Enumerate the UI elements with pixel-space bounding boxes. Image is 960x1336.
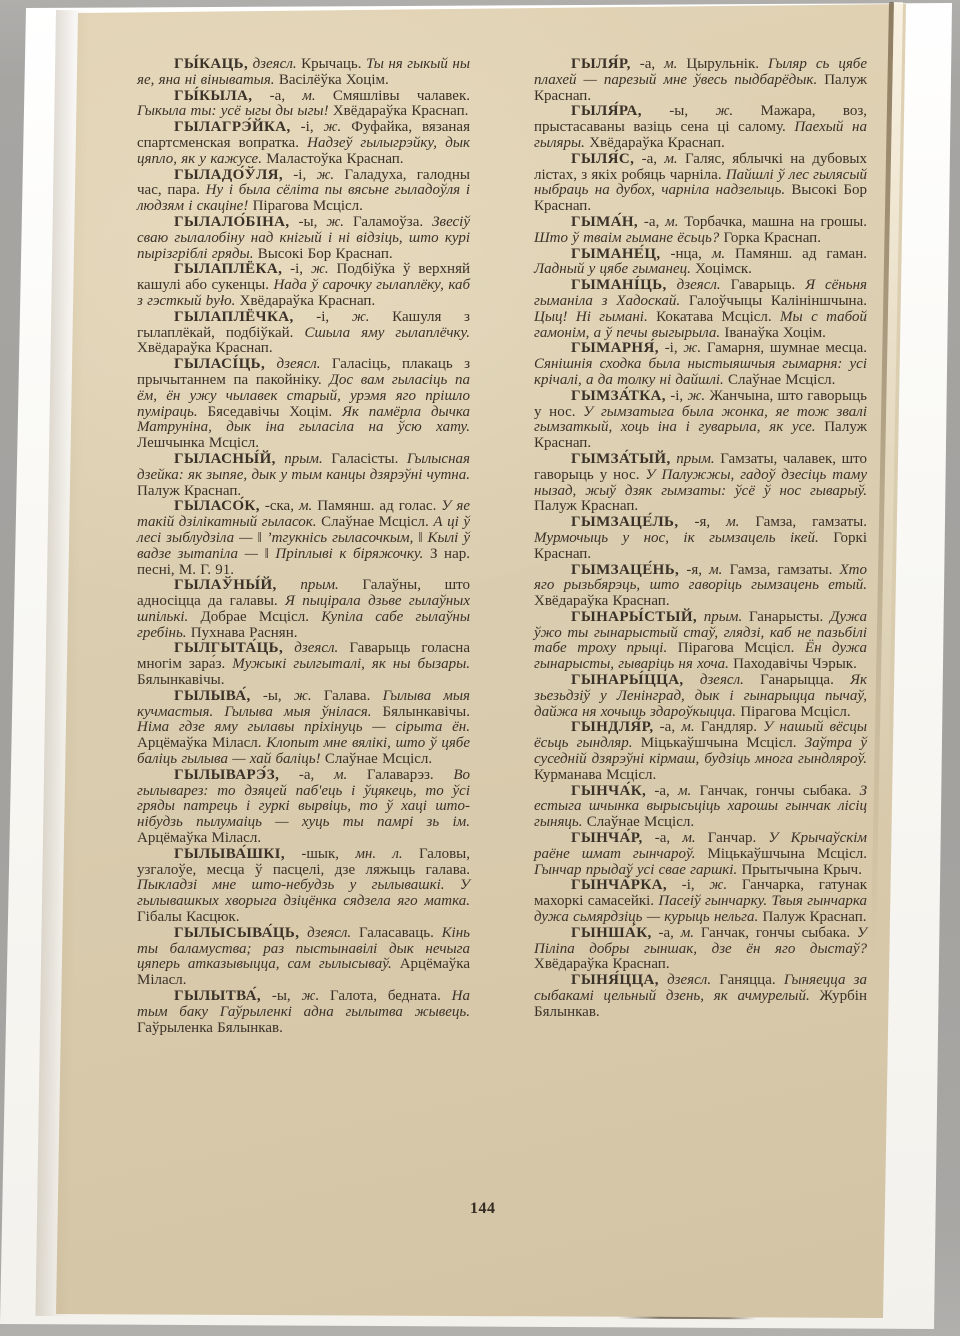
headword: ГЫ́КЫЛА, bbox=[174, 88, 252, 104]
headword: ГЫЛЫТВА́, bbox=[174, 988, 261, 1004]
definition-text: -а, bbox=[652, 925, 681, 941]
example-or-label-text: Пыкладзі мне што-небудзь у гылывашкі. У … bbox=[137, 877, 470, 909]
headword: ГЫЛГЫТА́ЦЬ, bbox=[174, 640, 283, 656]
example-or-label-text: м. bbox=[665, 214, 678, 230]
definition-text: Галасаваць. bbox=[351, 925, 441, 941]
example-or-label-text: ж. bbox=[302, 988, 320, 1004]
definition-text: -і, bbox=[666, 388, 688, 404]
example-or-label-text: м. bbox=[726, 514, 739, 530]
definition-text: Прытычына Крыч. bbox=[741, 862, 861, 878]
definition-text: Ганарыцца. bbox=[744, 672, 850, 688]
headword: ГЫЛЫВА́, bbox=[174, 688, 251, 704]
definition-text: Хвёдараўка Краснап. bbox=[534, 956, 670, 972]
definition-text: Пухнава Раснян. bbox=[191, 625, 298, 641]
dictionary-entry: ГЫЛЯ́РА, -ы, ж. Мажара, воз, прыстасаван… bbox=[534, 104, 867, 151]
definition-text: Палуж Краснап. bbox=[762, 909, 866, 925]
headword: ГЫЛАГРЭ́ЙКА, bbox=[174, 119, 291, 135]
headword: ГЫНДЛЯ́Р, bbox=[571, 719, 654, 735]
definition-text: Галамоўза. bbox=[344, 214, 432, 230]
headword: ГЫНАРЫ́СТЫЙ, bbox=[571, 609, 697, 625]
scanned-book-page: ГЫ́КАЦЬ, дзеясл. Крычаць. Ты ня гыкый ны… bbox=[0, 0, 960, 1336]
headword: ГЫНЧА́К, bbox=[571, 783, 646, 799]
dictionary-entry: ГЫЛЫВАРЭ́З, -а, м. Галаварэз. Во гылывар… bbox=[137, 768, 470, 847]
headword: ГЫНАРЫ́ЦЦА, bbox=[571, 672, 684, 688]
definition-text: -ы, bbox=[642, 103, 716, 119]
definition-text: Слаўнае Мсцісл. bbox=[325, 751, 432, 767]
definition-text: -і, bbox=[667, 877, 709, 893]
definition-text: Іванаўка Хоцім. bbox=[724, 325, 826, 341]
example-or-label-text: ж. bbox=[352, 309, 370, 325]
definition-text: Кокатава Мсцісл. bbox=[656, 309, 780, 325]
example-or-label-text: ж. bbox=[316, 167, 334, 183]
definition-text: Галоўчыцы Калініншчына. bbox=[689, 293, 867, 309]
definition-text: Ганчак, гончы сыбака. bbox=[691, 783, 859, 799]
headword: ГЫЛАПЛЁЧКА, bbox=[174, 309, 294, 325]
headword: ГЫЛЫВАРЭ́З, bbox=[174, 767, 279, 783]
dictionary-entry: ГЫНЧА́РКА, -і, ж. Ганчарка, гатунак махо… bbox=[534, 878, 867, 925]
dictionary-entry: ГЫМА́Н, -а, м. Торбачка, машна на грошы.… bbox=[534, 215, 867, 247]
definition-text: -і, bbox=[294, 309, 352, 325]
definition-text: Палуж Краснап. bbox=[534, 498, 638, 514]
headword: ГЫМА́Н, bbox=[571, 214, 638, 230]
definition-text: Маластоўка Краснап. bbox=[266, 151, 403, 167]
dictionary-entry: ГЫЛАПЛЁЧКА, -і, ж. Кашуля з гылаплёкай, … bbox=[137, 310, 470, 357]
definition-text: Паходавічы Чэрык. bbox=[733, 656, 857, 672]
definition-text: -і, bbox=[291, 119, 324, 135]
definition-text: -а, bbox=[279, 767, 334, 783]
example-or-label-text: Гыкыла ты: усё ыгы ды ыгы! bbox=[137, 103, 333, 119]
example-or-label-text: м. bbox=[664, 56, 677, 72]
dictionary-entry: ГЫНАРЫ́СТЫЙ, прым. Ганарысты. Дужа ўжо т… bbox=[534, 610, 867, 673]
definition-text: Памянш. ад голас. bbox=[312, 498, 441, 514]
headword: ГЫЛАЎНЫ́Й, bbox=[174, 577, 277, 593]
example-or-label-text: ж. bbox=[715, 103, 733, 119]
headword: ГЫЛЯ́Р, bbox=[571, 56, 631, 72]
example-or-label-text: ж. bbox=[324, 119, 342, 135]
definition-text: Хоцімск. bbox=[695, 261, 752, 277]
example-or-label-text: прым. bbox=[276, 451, 323, 467]
definition-text: -ы, bbox=[261, 988, 301, 1004]
definition-text: Слаўнае Мсцісл. bbox=[587, 814, 694, 830]
definition-text: Хвёдараўка Краснап. bbox=[333, 103, 469, 119]
headword: ГЫМАРНЯ́, bbox=[571, 340, 659, 356]
example-or-label-text: Гынчар прыдаў усі свае гаршкі. bbox=[534, 862, 741, 878]
dictionary-entry: ГЫЛГЫТА́ЦЬ, дзеясл. Гаварыць голасна мно… bbox=[137, 641, 470, 688]
example-or-label-text: ж. bbox=[311, 261, 329, 277]
example-or-label-text: прым. bbox=[277, 577, 339, 593]
example-or-label-text: прым. bbox=[671, 451, 715, 467]
definition-text: Бялынкавічы. bbox=[137, 672, 224, 688]
dictionary-entry: ГЫМЗА́ТЫЙ, прым. Гамзаты, чалавек, што г… bbox=[534, 452, 867, 515]
dictionary-entry: ГЫМАНЕ́Ц, -нца, м. Памянш. ад гаман. Лад… bbox=[534, 247, 867, 279]
example-or-label-text: дзеясл. bbox=[667, 277, 721, 293]
example-or-label-text: дзеясл. bbox=[684, 672, 744, 688]
example-or-label-text: Што ў тваім гымане ёсьць? bbox=[534, 230, 724, 246]
example-or-label-text: Німа гдзе яму гылавы пріхінуць — сірыта … bbox=[137, 719, 470, 735]
headword: ГЫМАНІ́ЦЬ, bbox=[571, 277, 667, 293]
dictionary-entry: ГЫЛЯ́С, -а, м. Галяс, яблычкі на дубовых… bbox=[534, 152, 867, 215]
definition-text: -і, bbox=[283, 167, 316, 183]
dictionary-entry: ГЫЛАСО́К, -ска, м. Памянш. ад голас. У я… bbox=[137, 499, 470, 578]
headword: ГЫЛЫВА́ШКІ, bbox=[174, 846, 285, 862]
definition-text: Арцёмаўка Міласл. bbox=[137, 735, 266, 751]
definition-text: Галота, бедната. bbox=[319, 988, 451, 1004]
definition-text: Памянш. ад гаман. bbox=[725, 246, 867, 262]
example-or-label-text: м. bbox=[709, 562, 722, 578]
definition-text: Смяшлівы чалавек. bbox=[316, 88, 470, 104]
definition-text: Слаўнае Мсцісл. bbox=[321, 514, 433, 530]
definition-text: Хвёдараўка Краснап. bbox=[240, 293, 376, 309]
headword: ГЫЛАПЛЁКА, bbox=[174, 261, 282, 277]
dictionary-entry: ГЫЛЫСЫВА́ЦЬ, дзеясл. Галасаваць. Кінь ты… bbox=[137, 926, 470, 989]
example-or-label-text: дзеясл. bbox=[265, 356, 320, 372]
definition-text: Хвёдараўка Краснап. bbox=[534, 593, 670, 609]
dictionary-entry: ГЫМЗАЦЕ́НЬ, -я, м. Гамза, гамзаты. Хто я… bbox=[534, 563, 867, 610]
definition-text: Ганчак, гончы сыбака. bbox=[694, 925, 857, 941]
definition-text: Торбачка, машна на грошы. bbox=[678, 214, 867, 230]
dictionary-entry: ГЫМЗА́ТКА, -і, ж. Жанчына, што гаворыць … bbox=[534, 389, 867, 452]
dictionary-entry: ГЫЛАГРЭ́ЙКА, -і, ж. Фуфайка, вязаная спа… bbox=[137, 120, 470, 167]
definition-text: -а, bbox=[631, 56, 664, 72]
example-or-label-text: м. bbox=[681, 925, 694, 941]
headword: ГЫЛЯ́РА, bbox=[571, 103, 642, 119]
definition-text: Арцёмаўка Міласл. bbox=[137, 830, 261, 846]
definition-text: Курманава Мсцісл. bbox=[534, 767, 656, 783]
example-or-label-text: м. bbox=[299, 498, 312, 514]
dictionary-entry: ГЫЛАЎНЫ́Й, прым. Галаўны, што адносіцца … bbox=[137, 578, 470, 641]
definition-text: -ы, bbox=[290, 214, 327, 230]
headword: ГЫ́КАЦЬ, bbox=[174, 56, 248, 72]
example-or-label-text: ж. bbox=[687, 388, 705, 404]
definition-text: -а, bbox=[638, 214, 665, 230]
definition-text: Высокі Бор Краснап. bbox=[258, 246, 393, 262]
definition-text: Васілёўка Хоцім. bbox=[279, 72, 389, 88]
definition-text: Хвёдараўка Краснап. bbox=[589, 135, 725, 151]
definition-text: Пірагова Мсцісл. bbox=[740, 704, 850, 720]
definition-text: -і, bbox=[282, 261, 311, 277]
example-or-label-text: дзеясл. bbox=[659, 972, 711, 988]
definition-text: -а, bbox=[654, 719, 682, 735]
dictionary-entry: ГЫЛАСНЫ́Й, прым. Галасісты. Гылысная дзе… bbox=[137, 452, 470, 499]
definition-text: Галава. bbox=[312, 688, 383, 704]
definition-text: -ы, bbox=[251, 688, 294, 704]
headword: ГЫМЗАЦЕ́НЬ, bbox=[571, 562, 679, 578]
dictionary-entry: ГЫЛАДО́ЎЛЯ, -і, ж. Галадуха, галодны час… bbox=[137, 168, 470, 215]
headword: ГЫМЗА́ТКА, bbox=[571, 388, 666, 404]
definition-text: -і, bbox=[659, 340, 684, 356]
example-or-label-text: м. bbox=[712, 246, 725, 262]
definition-text: Палуж Краснап. bbox=[137, 483, 241, 499]
dictionary-entry: ГЫЛЯ́Р, -а, м. Цырульнік. Гыляр сь цябе … bbox=[534, 57, 867, 104]
definition-text: -шык, bbox=[285, 846, 355, 862]
definition-text: Пірагова Мсцісл. bbox=[253, 198, 363, 214]
example-or-label-text: ж. bbox=[683, 340, 701, 356]
dictionary-entry: ГЫНЧА́К, -а, м. Ганчак, гончы сыбака. З … bbox=[534, 784, 867, 831]
dictionary-entry: ГЫ́КАЦЬ, дзеясл. Крычаць. Ты ня гыкый ны… bbox=[137, 57, 470, 89]
example-or-label-text: м. bbox=[664, 151, 677, 167]
example-or-label-text: У гымзатыга была жонка, яе тож звалі гым… bbox=[534, 404, 867, 436]
definition-text: Гамарня, шумнае месца. bbox=[701, 340, 867, 356]
headword: ГЫЛАСО́К, bbox=[174, 498, 260, 514]
example-or-label-text: прым. bbox=[697, 609, 742, 625]
definition-text: Бяседавічы Хоцім. bbox=[207, 404, 342, 420]
definition-text: Гамза, гамзаты. bbox=[739, 514, 867, 530]
definition-text: Слаўнае Мсцісл. bbox=[728, 372, 835, 388]
definition-text: -а, bbox=[646, 783, 678, 799]
dictionary-entry: ГЫЛАЛО́БІНА, -ы, ж. Галамоўза. Звесіў св… bbox=[137, 215, 470, 262]
definition-text: Галасісты. bbox=[323, 451, 407, 467]
example-or-label-text: ж. bbox=[294, 688, 312, 704]
headword: ГЫНЧА́Р, bbox=[571, 830, 643, 846]
example-or-label-text: дзеясл. bbox=[248, 56, 296, 72]
headword: ГЫЛАСІ́ЦЬ, bbox=[174, 356, 265, 372]
definition-text: Ганчар. bbox=[696, 830, 769, 846]
definition-text: Лешчынка Мсцісл. bbox=[137, 435, 259, 451]
definition-text: Пірагова Мсцісл. bbox=[678, 640, 805, 656]
dictionary-entry: ГЫМЗАЦЕ́ЛЬ, -я, м. Гамза, гамзаты. Мурмо… bbox=[534, 515, 867, 562]
definition-text: -а, bbox=[634, 151, 664, 167]
dictionary-entry: ГЫНЯ́ЦЦА, дзеясл. Ганяцца. Гыняецца за с… bbox=[534, 973, 867, 1020]
dictionary-entry: ГЫМАРНЯ́, -і, ж. Гамарня, шумнае месца. … bbox=[534, 341, 867, 388]
example-or-label-text: м. bbox=[302, 88, 315, 104]
example-or-label-text: Цыц! Ні гымані. bbox=[534, 309, 656, 325]
definition-text: Гандляр. bbox=[695, 719, 764, 735]
definition-text: -а, bbox=[252, 88, 302, 104]
example-or-label-text: ж. bbox=[326, 214, 344, 230]
example-or-label-text: дзеясл. bbox=[299, 925, 351, 941]
example-or-label-text: дзеясл. bbox=[283, 640, 338, 656]
definition-text: Добрае Мсцісл. bbox=[201, 609, 322, 625]
dictionary-entry: ГЫЛЫТВА́, -ы, ж. Галота, бедната. На тым… bbox=[137, 989, 470, 1036]
example-or-label-text: Мурмочыць у нос, ік гымзацель ікей. bbox=[534, 530, 833, 546]
dictionary-entry: ГЫ́КЫЛА, -а, м. Смяшлівы чалавек. Гыкыла… bbox=[137, 89, 470, 121]
definition-text: -нца, bbox=[661, 246, 712, 262]
example-or-label-text: Сшыла яму гылаплёчку. bbox=[304, 325, 470, 341]
headword: ГЫЛАСНЫ́Й, bbox=[174, 451, 276, 467]
definition-text: Галаварэз. bbox=[347, 767, 453, 783]
definition-text: Гамза, гамзаты. bbox=[722, 562, 839, 578]
headword: ГЫЛЯ́С, bbox=[571, 151, 634, 167]
headword: ГЫМЗА́ТЫЙ, bbox=[571, 451, 671, 467]
dictionary-entry: ГЫНАРЫ́ЦЦА, дзеясл. Ганарыцца. Як зьезьд… bbox=[534, 673, 867, 720]
example-or-label-text: м. bbox=[334, 767, 347, 783]
example-or-label-text: ж. bbox=[709, 877, 727, 893]
text-column-right: ГЫЛЯ́Р, -а, м. Цырульнік. Гыляр сь цябе … bbox=[534, 57, 867, 1021]
definition-text: Горка Краснап. bbox=[724, 230, 821, 246]
definition-text: Ганарысты. bbox=[742, 609, 830, 625]
example-or-label-text: м. bbox=[678, 783, 691, 799]
example-or-label-text: м. bbox=[681, 719, 694, 735]
dictionary-entry: ГЫЛЫВА́, -ы, ж. Галава. Гылыва мыя кучма… bbox=[137, 689, 470, 768]
example-or-label-text: мн. л. bbox=[355, 846, 402, 862]
headword: ГЫНША́К, bbox=[571, 925, 652, 941]
headword: ГЫЛАДО́ЎЛЯ, bbox=[174, 167, 283, 183]
definition-text: -я, bbox=[679, 562, 709, 578]
dictionary-entry: ГЫЛЫВА́ШКІ, -шык, мн. л. Галовы, узгалоў… bbox=[137, 847, 470, 926]
definition-text: Ганяцца. bbox=[711, 972, 784, 988]
definition-text: -а, bbox=[643, 830, 683, 846]
headword: ГЫНЧА́РКА, bbox=[571, 877, 667, 893]
page-number: 144 bbox=[470, 1200, 496, 1218]
definition-text: -ска, bbox=[260, 498, 299, 514]
example-or-label-text: Ладный у цябе гыманец. bbox=[534, 261, 695, 277]
headword: ГЫЛАЛО́БІНА, bbox=[174, 214, 290, 230]
dictionary-entry: ГЫМАНІ́ЦЬ, дзеясл. Гаварыць. Я сёньня гы… bbox=[534, 278, 867, 341]
dictionary-entry: ГЫНДЛЯ́Р, -а, м. Гандляр. У нашый вёсцы … bbox=[534, 720, 867, 783]
headword: ГЫМЗАЦЕ́ЛЬ, bbox=[571, 514, 679, 530]
definition-text: Крычаць. bbox=[297, 56, 366, 72]
example-or-label-text: Мужыкі гылгыталі, як ны бызары. bbox=[232, 656, 470, 672]
definition-text: Міцькаўшчына Мсцісл. bbox=[641, 735, 805, 751]
headword: ГЫНЯ́ЦЦА, bbox=[571, 972, 659, 988]
definition-text: Гаварыць. bbox=[721, 277, 806, 293]
dictionary-entry: ГЫНША́К, -а, м. Ганчак, гончы сыбака. У … bbox=[534, 926, 867, 973]
text-column-left: ГЫ́КАЦЬ, дзеясл. Крычаць. Ты ня гыкый ны… bbox=[137, 57, 470, 1036]
definition-text: -я, bbox=[679, 514, 727, 530]
headword: ГЫМАНЕ́Ц, bbox=[571, 246, 661, 262]
dictionary-entry: ГЫЛАСІ́ЦЬ, дзеясл. Галасіць, плакаць з п… bbox=[137, 357, 470, 452]
definition-text: Бялынкавічы. bbox=[383, 704, 470, 720]
definition-text: Хвёдараўка Краснап. bbox=[137, 340, 273, 356]
definition-text: Гібалы Касцюк. bbox=[137, 909, 239, 925]
definition-text: Цырульнік. bbox=[677, 56, 768, 72]
dictionary-entry: ГЫНЧА́Р, -а, м. Ганчар. У Крычаўскім раё… bbox=[534, 831, 867, 878]
example-or-label-text: м. bbox=[682, 830, 695, 846]
dictionary-entry: ГЫЛАПЛЁКА, -і, ж. Подбіўка ў верхняй каш… bbox=[137, 262, 470, 309]
definition-text: Міцькаўшчына Мсцісл. bbox=[707, 846, 867, 862]
headword: ГЫЛЫСЫВА́ЦЬ, bbox=[174, 925, 299, 941]
definition-text: Гаўрыленка Бялынкав. bbox=[137, 1020, 283, 1036]
